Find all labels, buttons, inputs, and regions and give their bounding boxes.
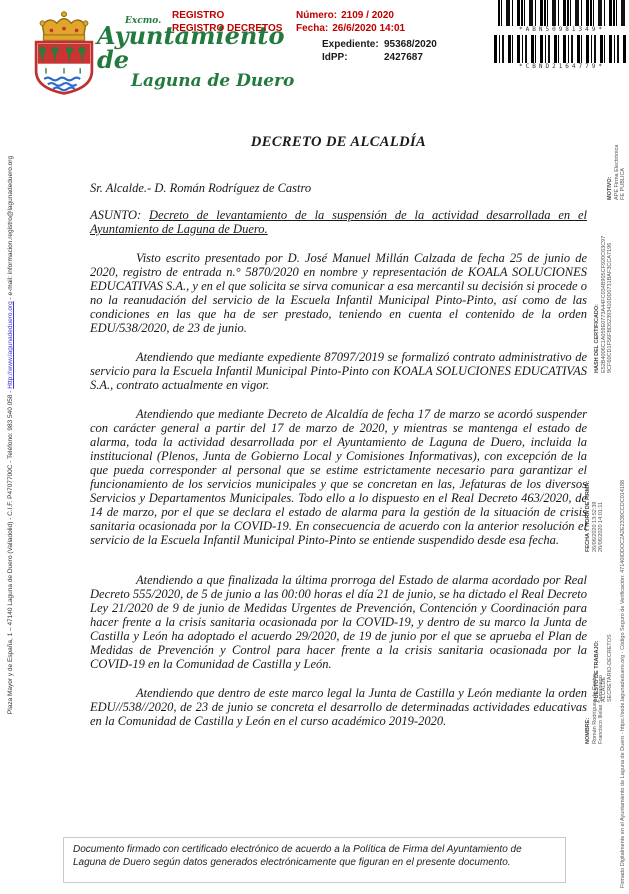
registro-line1: REGISTRO — [172, 9, 282, 22]
signature-name: NOMBRE: Román Rodríguez de Castro Franci… — [585, 552, 605, 744]
numero-label: Número: — [296, 10, 337, 21]
email-text: - e-mail: informacion.registro@lagunaded… — [7, 156, 14, 301]
expediente-row: Expediente:95368/2020 — [322, 38, 437, 51]
website-link[interactable]: Http://www.lagunadeduero.org — [7, 301, 14, 388]
barcode-top — [498, 0, 626, 26]
registro-number-date: Número:2109 / 2020 Fecha:26/6/2020 14:01 — [296, 9, 405, 35]
footer-text: Documento firmado con certificado electr… — [73, 844, 522, 868]
org-name-line2: Laguna de Duero — [131, 72, 317, 90]
idpp-row: IdPP:2427687 — [322, 51, 437, 64]
paragraph-visto: Visto escrito presentado por D. José Man… — [90, 251, 587, 335]
registro-stamp: REGISTRO REGISTRO DECRETOS — [172, 9, 282, 35]
fecha-row: Fecha:26/6/2020 14:01 — [296, 22, 405, 35]
paragraph-atendiendo-1: Atendiendo que mediante expediente 87097… — [90, 350, 587, 392]
expediente-label: Expediente: — [322, 38, 384, 51]
signature-datetime: FECHA Y HORA DE FIRMA: 26/06/2020 13:52:… — [585, 440, 605, 552]
barcode-block: *ABN50981349* *CBND2164779* — [498, 0, 626, 70]
fecha-firma-line2: 26/06/2020 14:01:11 — [598, 440, 605, 552]
signed-digitally-note: Firmado Digitalmente en el Ayuntamiento … — [620, 162, 627, 888]
puesto-line2: SECRETARIO-DECRETOS — [607, 552, 614, 702]
barcode-bottom — [494, 35, 626, 63]
expediente-block: Expediente:95368/2020 IdPP:2427687 — [322, 38, 437, 64]
paragraph-atendiendo-2: Atendiendo que mediante Decreto de Alcal… — [90, 407, 587, 547]
numero-row: Número:2109 / 2020 — [296, 9, 405, 22]
expediente-value: 95368/2020 — [384, 38, 437, 51]
hash-line2: 9CF60CD1F56FBD52393410DD0731BAF3CCA7196 — [607, 195, 614, 373]
left-margin-address: Plaza Mayor y de España, 1 – 47140 Lagun… — [7, 105, 15, 765]
subject-label: ASUNTO: — [90, 208, 149, 222]
barcode-bottom-caption: *CBND2164779* — [498, 63, 626, 70]
page-title: DECRETO DE ALCALDÍA — [90, 135, 587, 149]
addressee-line: Sr. Alcalde.- D. Román Rodríguez de Cast… — [90, 181, 587, 195]
idpp-label: IdPP: — [322, 51, 384, 64]
signature-footer-note: Documento firmado con certificado electr… — [63, 837, 566, 883]
numero-value: 2109 / 2020 — [341, 10, 394, 21]
address-text: Plaza Mayor y de España, 1 – 47140 Lagun… — [7, 389, 14, 714]
registro-line2: REGISTRO DECRETOS — [172, 22, 282, 35]
fecha-value: 26/6/2020 14:01 — [332, 23, 405, 34]
paragraph-atendiendo-4: Atendiendo que dentro de este marco lega… — [90, 686, 587, 728]
subject-line: ASUNTO: Decreto de levantamiento de la s… — [90, 208, 587, 236]
coat-of-arms-logo — [28, 8, 100, 96]
paragraph-atendiendo-3: Atendiendo a que finalizada la última pr… — [90, 573, 587, 671]
subject-text: Decreto de levantamiento de la suspensió… — [90, 208, 587, 236]
signed-digitally-text: Firmado Digitalmente en el Ayuntamiento … — [620, 480, 626, 888]
fecha-label: Fecha: — [296, 23, 328, 34]
barcode-top-caption: *ABN50981349* — [498, 26, 626, 33]
idpp-value: 2427687 — [384, 51, 423, 64]
nombre-line2: Francisco Illelas Samaniego — [598, 552, 605, 744]
signature-hash: HASH DEL CERTIFICADO: E52B4006C1A059E077… — [594, 195, 614, 373]
document-body: DECRETO DE ALCALDÍA Sr. Alcalde.- D. Rom… — [90, 135, 587, 728]
